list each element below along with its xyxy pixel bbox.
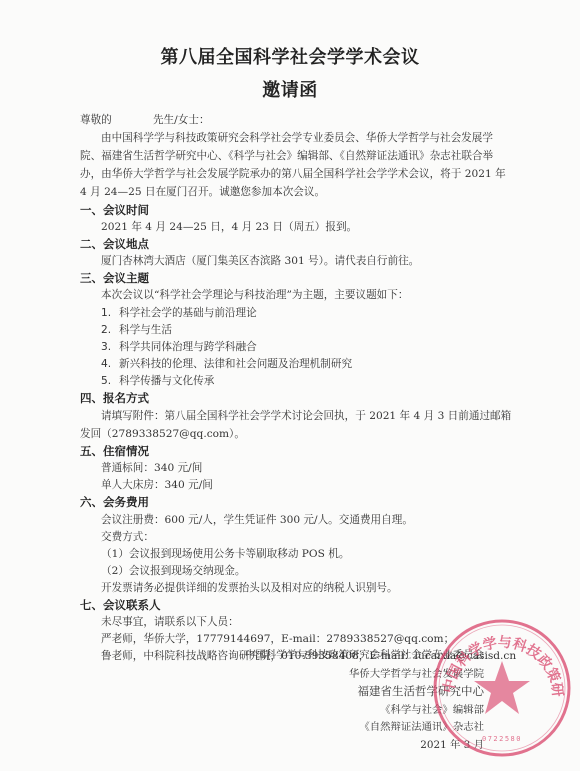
topic-item: 5.科学传播与文化传承 [101,374,214,388]
seal-number: 0722580 [482,735,522,743]
signatory: 中国科学学与科技政策研究会科学社会学专业委员会 [245,648,484,662]
topic-item: 4.新兴科技的伦理、法律和社会问题及治理机制研究 [101,357,352,371]
section-text: 交费方式： [101,530,154,544]
section-text: 开发票请务必提供详细的发票抬头以及相对应的纳税人识别号。 [101,581,398,595]
signature-date: 2021 年 3 月 [420,738,484,752]
intro-line: 4 月 24—25 日在厦门召开。诚邀您参加本次会议。 [80,185,325,199]
topic-text: 新兴科技的伦理、法律和社会问题及治理机制研究 [119,358,352,370]
section-heading-registration: 四、报名方式 [80,391,149,405]
intro-line: 办，由华侨大学哲学与社会发展学院承办的第八届全国科学社会学学术会议，将于 202… [80,167,506,181]
section-heading-contacts: 七、会议联系人 [80,598,161,612]
topic-text: 科学与生活 [119,324,172,336]
section-text: 请填写附件：第八届全国科学社会学学术讨论会回执，于 2021 年 4 月 3 日… [101,409,511,423]
topic-text: 科学共同体治理与跨学科融合 [119,341,257,353]
section-text: 2021 年 4 月 24—25 日，4 月 23 日（周五）报到。 [101,220,357,234]
contact-line: 严老师，华侨大学，17779144697，E-mail：2789338527@q… [101,632,454,646]
topic-number: 5. [101,374,119,388]
signatory: 华侨大学哲学与社会发展学院 [349,667,484,681]
signatory: 福建省生活哲学研究中心 [358,684,485,698]
topic-item: 3.科学共同体治理与跨学科融合 [101,340,257,354]
signatory: 《科学与社会》编辑部 [380,703,484,717]
section-text: 普通标间：340 元/间 [101,461,202,475]
topic-item: 2.科学与生活 [101,323,172,337]
section-text: 未尽事宜，请联系以下人员： [101,615,239,629]
topic-text: 科学社会学的基础与前沿理论 [119,307,257,319]
section-text: 单人大床房：340 元/间 [101,478,213,492]
salutation-suffix: 先生/女士： [153,113,210,127]
document-subtitle: 邀请函 [0,76,580,102]
intro-line: 由中国科学学与科技政策研究会科学社会学专业委员会、华侨大学哲学与社会发展学 [101,131,493,145]
topic-text: 科学传播与文化传承 [119,375,214,387]
section-heading-fees: 六、会务费用 [80,495,149,509]
section-text: 发回（2789338527@qq.com）。 [80,427,245,441]
section-text: （1）会议报到现场使用公务卡等刷取移动 POS 机。 [101,547,349,561]
section-text: 厦门杏林湾大酒店（厦门集美区杏滨路 301 号）。请代表自行前往。 [101,254,419,268]
topic-item: 1.科学社会学的基础与前沿理论 [101,306,257,320]
intro-line: 院、福建省生活哲学研究中心、《科学与社会》编辑部、《自然辩证法通讯》杂志社联合举 [80,149,493,163]
section-text: 本次会议以“科学社会学理论与科技治理”为主题，主要议题如下： [101,288,408,302]
section-heading-theme: 三、会议主题 [80,271,149,285]
section-text: （2）会议报到现场交纳现金。 [101,564,245,578]
section-text: 会议注册费：600 元/人，学生凭证件 300 元/人。交通费用自理。 [101,513,413,527]
salutation-prefix: 尊敬的 [80,113,112,127]
topic-number: 3. [101,340,119,354]
section-heading-accommodation: 五、住宿情况 [80,444,149,458]
document-title: 第八届全国科学社会学学术会议 [0,43,580,69]
section-heading-location: 二、会议地点 [80,237,149,251]
signatory: 《自然辩证法通讯》杂志社 [359,720,484,734]
topic-number: 4. [101,357,119,371]
topic-number: 1. [101,306,119,320]
topic-number: 2. [101,323,119,337]
section-heading-time: 一、会议时间 [80,203,149,217]
invitation-letter-page: 第八届全国科学社会学学术会议 邀请函 尊敬的 先生/女士： 由中国科学学与科技政… [0,0,580,771]
